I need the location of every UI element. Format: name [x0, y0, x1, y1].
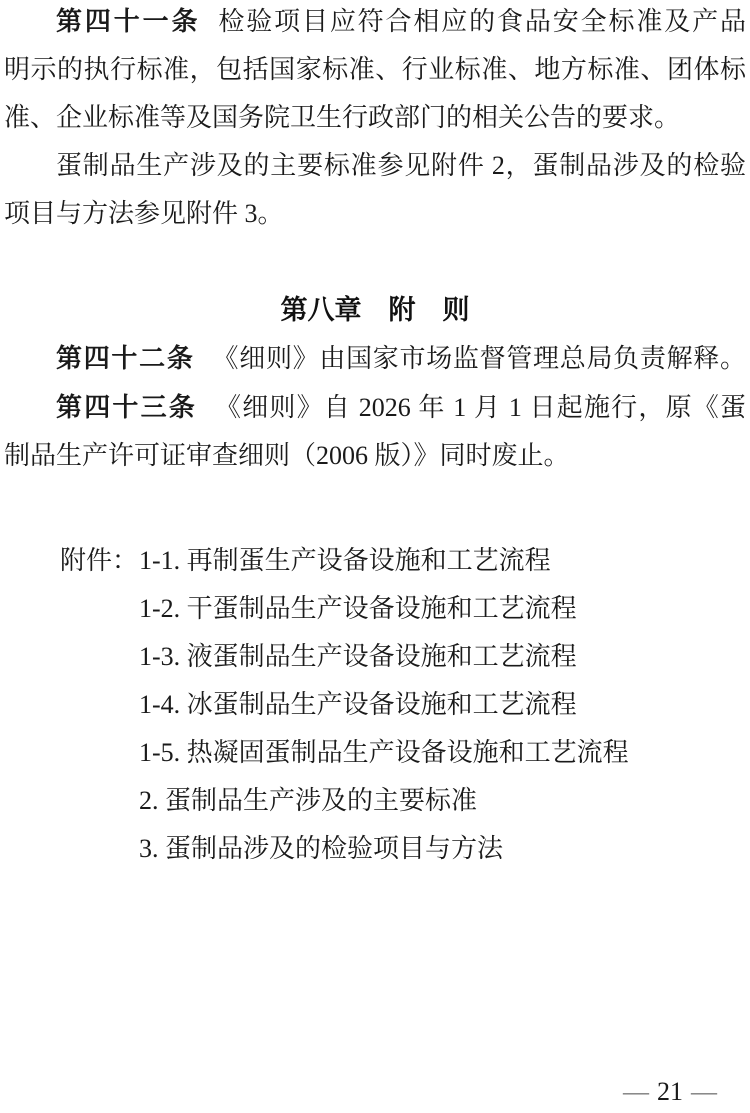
attachments-list: 附件：1-1. 再制蛋生产设备设施和工艺流程 1-2. 干蛋制品生产设备设施和工…	[4, 537, 746, 873]
article-42: 第四十二条《细则》由国家市场监督管理总局负责解释。	[4, 334, 746, 383]
attachment-item-3: 3. 蛋制品涉及的检验项目与方法	[4, 825, 746, 873]
standards-line-1: 蛋制品生产涉及的主要标准参见附件 2，蛋制品涉及的检验	[4, 142, 746, 190]
article-42-label: 第四十二条	[56, 343, 195, 373]
article-42-text: 《细则》由国家市场监督管理总局负责解释。	[213, 344, 746, 373]
article-43-line-2: 制品生产许可证审查细则（2006 版）》同时废止。	[4, 432, 746, 480]
page-number: —21—	[623, 1078, 717, 1106]
article-42-line-1: 第四十二条《细则》由国家市场监督管理总局负责解释。	[4, 334, 746, 383]
document-body: 第四十一条检验项目应符合相应的食品安全标准及产品 明示的执行标准，包括国家标准、…	[0, 0, 750, 873]
attachment-item-1-3: 1-3. 液蛋制品生产设备设施和工艺流程	[4, 633, 746, 681]
article-41-text-1: 检验项目应符合相应的食品安全标准及产品	[218, 7, 746, 36]
article-41-line-2: 明示的执行标准，包括国家标准、行业标准、地方标准、团体标	[4, 46, 746, 94]
article-41: 第四十一条检验项目应符合相应的食品安全标准及产品 明示的执行标准，包括国家标准、…	[4, 0, 746, 142]
article-43-label: 第四十三条	[56, 392, 197, 422]
attachment-item-1-4: 1-4. 冰蛋制品生产设备设施和工艺流程	[4, 681, 746, 729]
article-43-line-1: 第四十三条《细则》自 2026 年 1 月 1 日起施行，原《蛋	[4, 383, 746, 432]
attachments-label: 附件：	[60, 537, 139, 585]
document-page: 第四十一条检验项目应符合相应的食品安全标准及产品 明示的执行标准，包括国家标准、…	[0, 0, 750, 1113]
standards-paragraph: 蛋制品生产涉及的主要标准参见附件 2，蛋制品涉及的检验 项目与方法参见附件 3。	[4, 142, 746, 238]
attachment-item-text: 1-1. 再制蛋生产设备设施和工艺流程	[139, 546, 551, 575]
article-43: 第四十三条《细则》自 2026 年 1 月 1 日起施行，原《蛋 制品生产许可证…	[4, 383, 746, 480]
page-number-dash-right: —	[691, 1077, 717, 1106]
article-41-line-3: 准、企业标准等及国务院卫生行政部门的相关公告的要求。	[4, 94, 746, 142]
article-43-text-1: 《细则》自 2026 年 1 月 1 日起施行，原《蛋	[215, 393, 746, 422]
standards-line-2: 项目与方法参见附件 3。	[4, 190, 746, 238]
attachment-item-1-2: 1-2. 干蛋制品生产设备设施和工艺流程	[4, 585, 746, 633]
attachment-item-1-5: 1-5. 热凝固蛋制品生产设备设施和工艺流程	[4, 729, 746, 777]
article-41-line-1: 第四十一条检验项目应符合相应的食品安全标准及产品	[4, 0, 746, 46]
chapter-8-heading: 第八章 附 则	[4, 286, 746, 334]
page-number-value: 21	[657, 1077, 683, 1106]
attachment-item-1-1: 附件：1-1. 再制蛋生产设备设施和工艺流程	[4, 537, 746, 585]
article-41-label: 第四十一条	[56, 6, 200, 36]
page-number-dash-left: —	[623, 1077, 649, 1106]
attachment-item-2: 2. 蛋制品生产涉及的主要标准	[4, 777, 746, 825]
